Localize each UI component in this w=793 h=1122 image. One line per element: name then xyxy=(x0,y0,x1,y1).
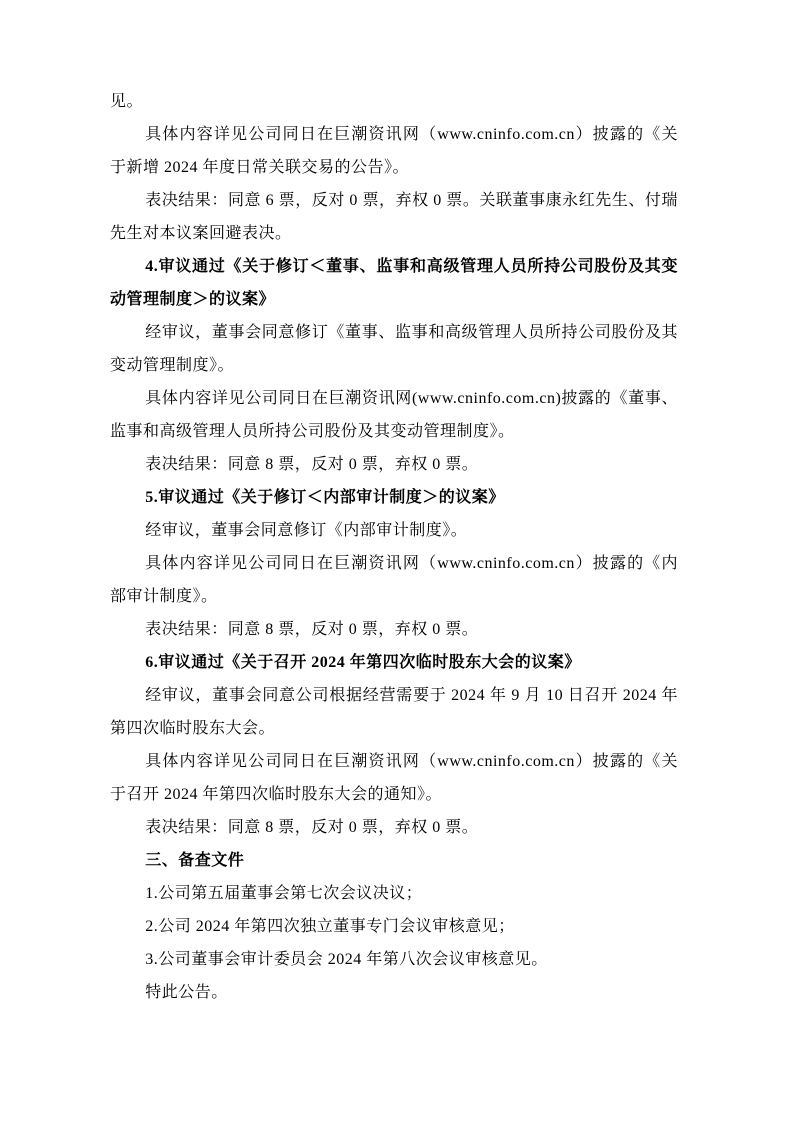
vote-result-related-tx: 表决结果：同意 6 票，反对 0 票，弃权 0 票。关联董事康永红先生、付瑞先生… xyxy=(110,184,678,250)
document-page: 见。 具体内容详见公司同日在巨潮资讯网（www.cninfo.com.cn）披露… xyxy=(0,0,793,1122)
resolution-4-disclosure-paragraph: 具体内容详见公司同日在巨潮资讯网(www.cninfo.com.cn)披露的《董… xyxy=(110,382,678,448)
resolution-4-review-paragraph: 经审议，董事会同意修订《董事、监事和高级管理人员所持公司股份及其变动管理制度》。 xyxy=(110,316,678,382)
resolution-6-disclosure-paragraph: 具体内容详见公司同日在巨潮资讯网（www.cninfo.com.cn）披露的《关… xyxy=(110,745,678,811)
continuation-line: 见。 xyxy=(110,85,678,118)
resolution-6-heading: 6.审议通过《关于召开 2024 年第四次临时股东大会的议案》 xyxy=(110,646,678,679)
disclosure-paragraph-related-tx: 具体内容详见公司同日在巨潮资讯网（www.cninfo.com.cn）披露的《关… xyxy=(110,118,678,184)
reference-document-item-1: 1.公司第五届董事会第七次会议决议； xyxy=(110,877,678,910)
resolution-4-vote-result: 表决结果：同意 8 票，反对 0 票，弃权 0 票。 xyxy=(110,448,678,481)
resolution-4-heading: 4.审议通过《关于修订＜董事、监事和高级管理人员所持公司股份及其变动管理制度＞的… xyxy=(110,250,678,316)
reference-document-item-2: 2.公司 2024 年第四次独立董事专门会议审核意见； xyxy=(110,910,678,943)
resolution-6-vote-result: 表决结果：同意 8 票，反对 0 票，弃权 0 票。 xyxy=(110,811,678,844)
reference-document-item-3: 3.公司董事会审计委员会 2024 年第八次会议审核意见。 xyxy=(110,943,678,976)
resolution-5-heading: 5.审议通过《关于修订＜内部审计制度＞的议案》 xyxy=(110,481,678,514)
closing-line: 特此公告。 xyxy=(110,976,678,1009)
section-3-heading-reference-documents: 三、备查文件 xyxy=(110,844,678,877)
resolution-5-review-paragraph: 经审议，董事会同意修订《内部审计制度》。 xyxy=(110,514,678,547)
resolution-5-disclosure-paragraph: 具体内容详见公司同日在巨潮资讯网（www.cninfo.com.cn）披露的《内… xyxy=(110,547,678,613)
resolution-6-review-paragraph: 经审议，董事会同意公司根据经营需要于 2024 年 9 月 10 日召开 202… xyxy=(110,679,678,745)
resolution-5-vote-result: 表决结果：同意 8 票，反对 0 票，弃权 0 票。 xyxy=(110,613,678,646)
